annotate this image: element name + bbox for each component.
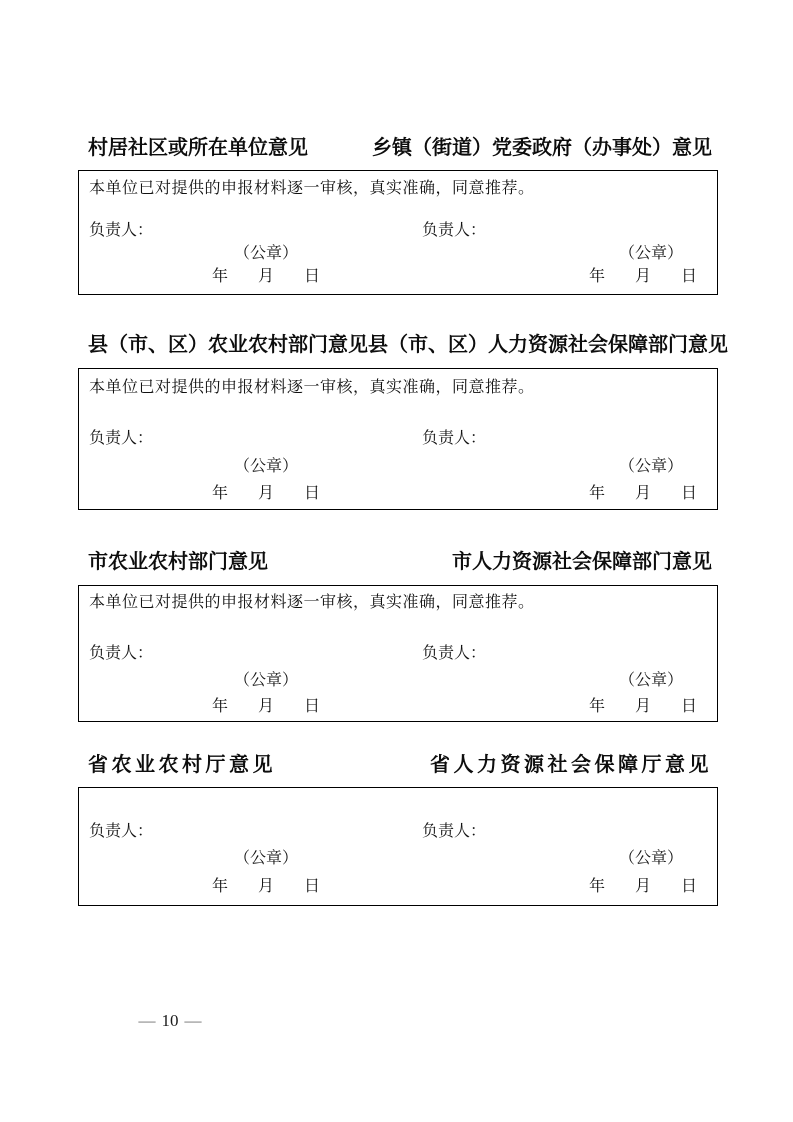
- month-label: 月: [635, 268, 651, 285]
- day-label: 日: [304, 878, 320, 895]
- official-seal-label: （公章）: [619, 245, 683, 262]
- official-seal-label: （公章）: [619, 458, 683, 475]
- month-label: 月: [258, 878, 274, 895]
- year-label: 年: [589, 878, 605, 895]
- month-label: 月: [258, 268, 274, 285]
- year-label: 年: [589, 485, 605, 502]
- section-headings: 县（市、区）农业农村部门意见 县（市、区）人力资源社会保障部门意见: [78, 333, 718, 357]
- year-label: 年: [589, 698, 605, 715]
- month-label: 月: [258, 698, 274, 715]
- section-headings: 村居社区或所在单位意见 乡镇（街道）党委政府（办事处）意见: [78, 136, 718, 160]
- month-label: 月: [635, 698, 651, 715]
- responsible-person-label: 负责人：: [89, 430, 153, 447]
- month-label: 月: [258, 485, 274, 502]
- page-footer: — 10 —: [125, 1010, 215, 1032]
- official-seal-label: （公章）: [234, 458, 298, 475]
- date-row: 年月日 年月日: [79, 484, 717, 504]
- year-label: 年: [212, 485, 228, 502]
- section-county-departments: 县（市、区）农业农村部门意见 县（市、区）人力资源社会保障部门意见 本单位已对提…: [78, 333, 718, 510]
- section-4-left-title: 省农业农村厅意见: [88, 753, 276, 777]
- review-statement: 本单位已对提供的申报材料逐一审核，真实准确，同意推荐。: [79, 378, 717, 398]
- section-2-right-title: 县（市、区）人力资源社会保障部门意见: [368, 333, 728, 357]
- responsible-person-label: 负责人：: [422, 222, 486, 239]
- month-label: 月: [635, 485, 651, 502]
- section-city-departments: 市农业农村部门意见 市人力资源社会保障部门意见 本单位已对提供的申报材料逐一审核…: [78, 550, 718, 722]
- responsible-person-label: 负责人：: [89, 645, 153, 662]
- official-seal-row: （公章） （公章）: [79, 849, 717, 869]
- responsible-person-label: 负责人：: [89, 823, 153, 840]
- responsible-person-row: 负责人： 负责人：: [79, 644, 717, 664]
- official-seal-label: （公章）: [234, 245, 298, 262]
- section-headings: 省农业农村厅意见 省人力资源社会保障厅意见: [78, 753, 718, 777]
- official-seal-row: （公章） （公章）: [79, 244, 717, 264]
- official-seal-label: （公章）: [619, 850, 683, 867]
- official-seal-label: （公章）: [234, 850, 298, 867]
- opinion-box: 负责人： 负责人： （公章） （公章） 年月日 年月日: [78, 787, 718, 906]
- year-label: 年: [212, 698, 228, 715]
- official-seal-label: （公章）: [619, 672, 683, 689]
- opinion-box: 本单位已对提供的申报材料逐一审核，真实准确，同意推荐。 负责人： 负责人： （公…: [78, 585, 718, 722]
- day-label: 日: [304, 698, 320, 715]
- responsible-person-row: 负责人： 负责人：: [79, 822, 717, 842]
- month-label: 月: [635, 878, 651, 895]
- section-1-right-title: 乡镇（街道）党委政府（办事处）意见: [372, 136, 712, 160]
- date-row: 年月日 年月日: [79, 267, 717, 287]
- responsible-person-label: 负责人：: [422, 823, 486, 840]
- responsible-person-row: 负责人： 负责人：: [79, 429, 717, 449]
- date-row: 年月日 年月日: [79, 697, 717, 717]
- day-label: 日: [681, 485, 697, 502]
- official-seal-row: （公章） （公章）: [79, 457, 717, 477]
- review-statement: 本单位已对提供的申报材料逐一审核，真实准确，同意推荐。: [79, 593, 717, 613]
- responsible-person-label: 负责人：: [422, 430, 486, 447]
- date-row: 年月日 年月日: [79, 877, 717, 897]
- opinion-box: 本单位已对提供的申报材料逐一审核，真实准确，同意推荐。 负责人： 负责人： （公…: [78, 170, 718, 295]
- form-page: 村居社区或所在单位意见 乡镇（街道）党委政府（办事处）意见 本单位已对提供的申报…: [0, 0, 793, 1122]
- opinion-box: 本单位已对提供的申报材料逐一审核，真实准确，同意推荐。 负责人： 负责人： （公…: [78, 368, 718, 510]
- day-label: 日: [681, 268, 697, 285]
- section-province-departments: 省农业农村厅意见 省人力资源社会保障厅意见 负责人： 负责人： （公章） （公章…: [78, 753, 718, 906]
- section-3-right-title: 市人力资源社会保障部门意见: [452, 550, 712, 574]
- section-headings: 市农业农村部门意见 市人力资源社会保障部门意见: [78, 550, 718, 574]
- section-village-community: 村居社区或所在单位意见 乡镇（街道）党委政府（办事处）意见 本单位已对提供的申报…: [78, 136, 718, 295]
- section-2-left-title: 县（市、区）农业农村部门意见: [88, 333, 368, 357]
- day-label: 日: [681, 878, 697, 895]
- section-1-left-title: 村居社区或所在单位意见: [88, 136, 308, 160]
- year-label: 年: [589, 268, 605, 285]
- section-4-right-title: 省人力资源社会保障厅意见: [430, 753, 712, 777]
- responsible-person-label: 负责人：: [89, 222, 153, 239]
- section-3-left-title: 市农业农村部门意见: [88, 550, 268, 574]
- year-label: 年: [212, 878, 228, 895]
- footer-dash-left: —: [139, 1010, 156, 1032]
- responsible-person-label: 负责人：: [422, 645, 486, 662]
- year-label: 年: [212, 268, 228, 285]
- day-label: 日: [304, 268, 320, 285]
- day-label: 日: [304, 485, 320, 502]
- footer-dash-right: —: [185, 1010, 202, 1032]
- official-seal-label: （公章）: [234, 672, 298, 689]
- responsible-person-row: 负责人： 负责人：: [79, 221, 717, 241]
- review-statement: 本单位已对提供的申报材料逐一审核，真实准确，同意推荐。: [79, 179, 717, 199]
- day-label: 日: [681, 698, 697, 715]
- page-number: 10: [162, 1010, 179, 1032]
- official-seal-row: （公章） （公章）: [79, 671, 717, 691]
